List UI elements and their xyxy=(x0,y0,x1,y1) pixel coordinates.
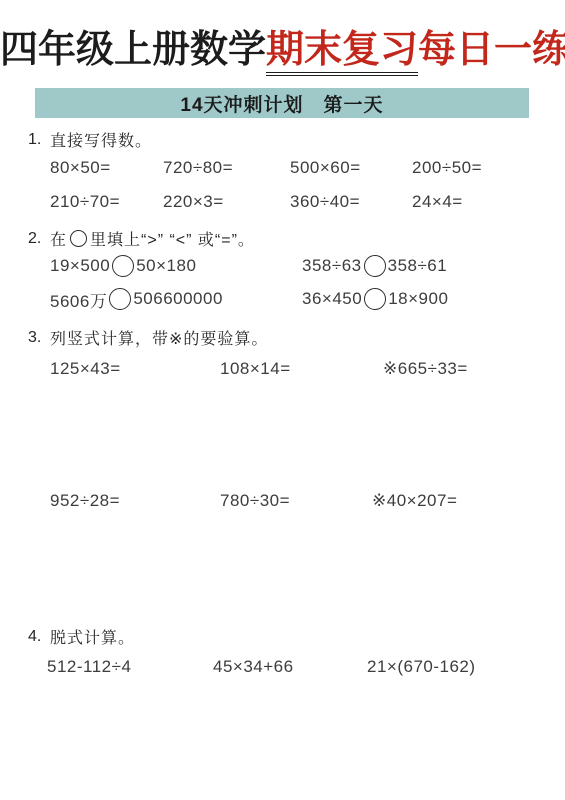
answer-circle xyxy=(109,288,131,310)
math-expression: 500×60= xyxy=(290,158,361,178)
comparison-left: 5606万 xyxy=(50,287,107,312)
math-expression: 200÷50= xyxy=(412,158,482,178)
math-expression: 80×50= xyxy=(50,158,111,178)
plan-banner: 14天冲刺计划 第一天 xyxy=(35,88,529,118)
section-3-heading: 3. 列竖式计算，带※的要验算。 xyxy=(28,326,268,349)
title-grade-part: 四年级上册数学 xyxy=(0,29,266,71)
section-2-number: 2. xyxy=(28,230,50,248)
comparison-right: 18×900 xyxy=(388,289,448,309)
comparison-right: 50×180 xyxy=(136,256,196,276)
math-expression: 360÷40= xyxy=(290,192,360,212)
section-3-number: 3. xyxy=(28,329,50,347)
comparison-item: 19×500 50×180 xyxy=(50,253,196,279)
worksheet-page: 四年级上册数学期末复习每日一练 14天冲刺计划 第一天 1. 直接写得数。 80… xyxy=(0,0,565,800)
comparison-item: 5606万 506600000 xyxy=(50,286,223,312)
answer-circle xyxy=(364,288,386,310)
comparison-item: 358÷63 358÷61 xyxy=(302,253,447,279)
section-4-heading: 4. 脱式计算。 xyxy=(28,625,135,648)
math-expression: ※40×207= xyxy=(372,491,457,511)
comparison-item: 36×450 18×900 xyxy=(302,286,448,312)
comparison-left: 36×450 xyxy=(302,289,362,309)
math-expression: 220×3= xyxy=(163,192,224,212)
section-1-heading: 1. 直接写得数。 xyxy=(28,128,152,151)
section-4-number: 4. xyxy=(28,628,50,646)
section-4-title: 脱式计算。 xyxy=(50,625,135,648)
section-1-number: 1. xyxy=(28,131,50,149)
comparison-left: 358÷63 xyxy=(302,256,362,276)
math-expression: 720÷80= xyxy=(163,158,233,178)
comparison-left: 19×500 xyxy=(50,256,110,276)
page-title: 四年级上册数学期末复习每日一练 xyxy=(0,24,565,76)
section-2-title-pre: 在 xyxy=(50,227,67,250)
math-expression: 210÷70= xyxy=(50,192,120,212)
title-review-plain: 每日一练 xyxy=(418,29,565,71)
math-expression: 125×43= xyxy=(50,359,121,379)
plan-banner-text: 14天冲刺计划 第一天 xyxy=(180,90,383,117)
math-expression: 108×14= xyxy=(220,359,291,379)
section-2-heading: 2. 在 里填上“>” “<” 或“=”。 xyxy=(28,227,255,250)
math-expression: 24×4= xyxy=(412,192,463,212)
section-1-title: 直接写得数。 xyxy=(50,128,152,151)
circle-icon xyxy=(70,230,87,247)
title-review-underlined: 期末复习 xyxy=(266,29,418,76)
section-2-title-post: 里填上“>” “<” 或“=”。 xyxy=(90,227,255,250)
comparison-right: 358÷61 xyxy=(388,256,448,276)
comparison-right: 506600000 xyxy=(133,289,223,309)
answer-circle xyxy=(112,255,134,277)
math-expression: 512-112÷4 xyxy=(47,657,131,677)
math-expression: 21×(670-162) xyxy=(367,657,476,677)
math-expression: 780÷30= xyxy=(220,491,290,511)
math-expression: 45×34+66 xyxy=(213,657,294,677)
math-expression: ※665÷33= xyxy=(383,359,468,379)
math-expression: 952÷28= xyxy=(50,491,120,511)
section-3-title: 列竖式计算，带※的要验算。 xyxy=(50,326,268,349)
answer-circle xyxy=(364,255,386,277)
